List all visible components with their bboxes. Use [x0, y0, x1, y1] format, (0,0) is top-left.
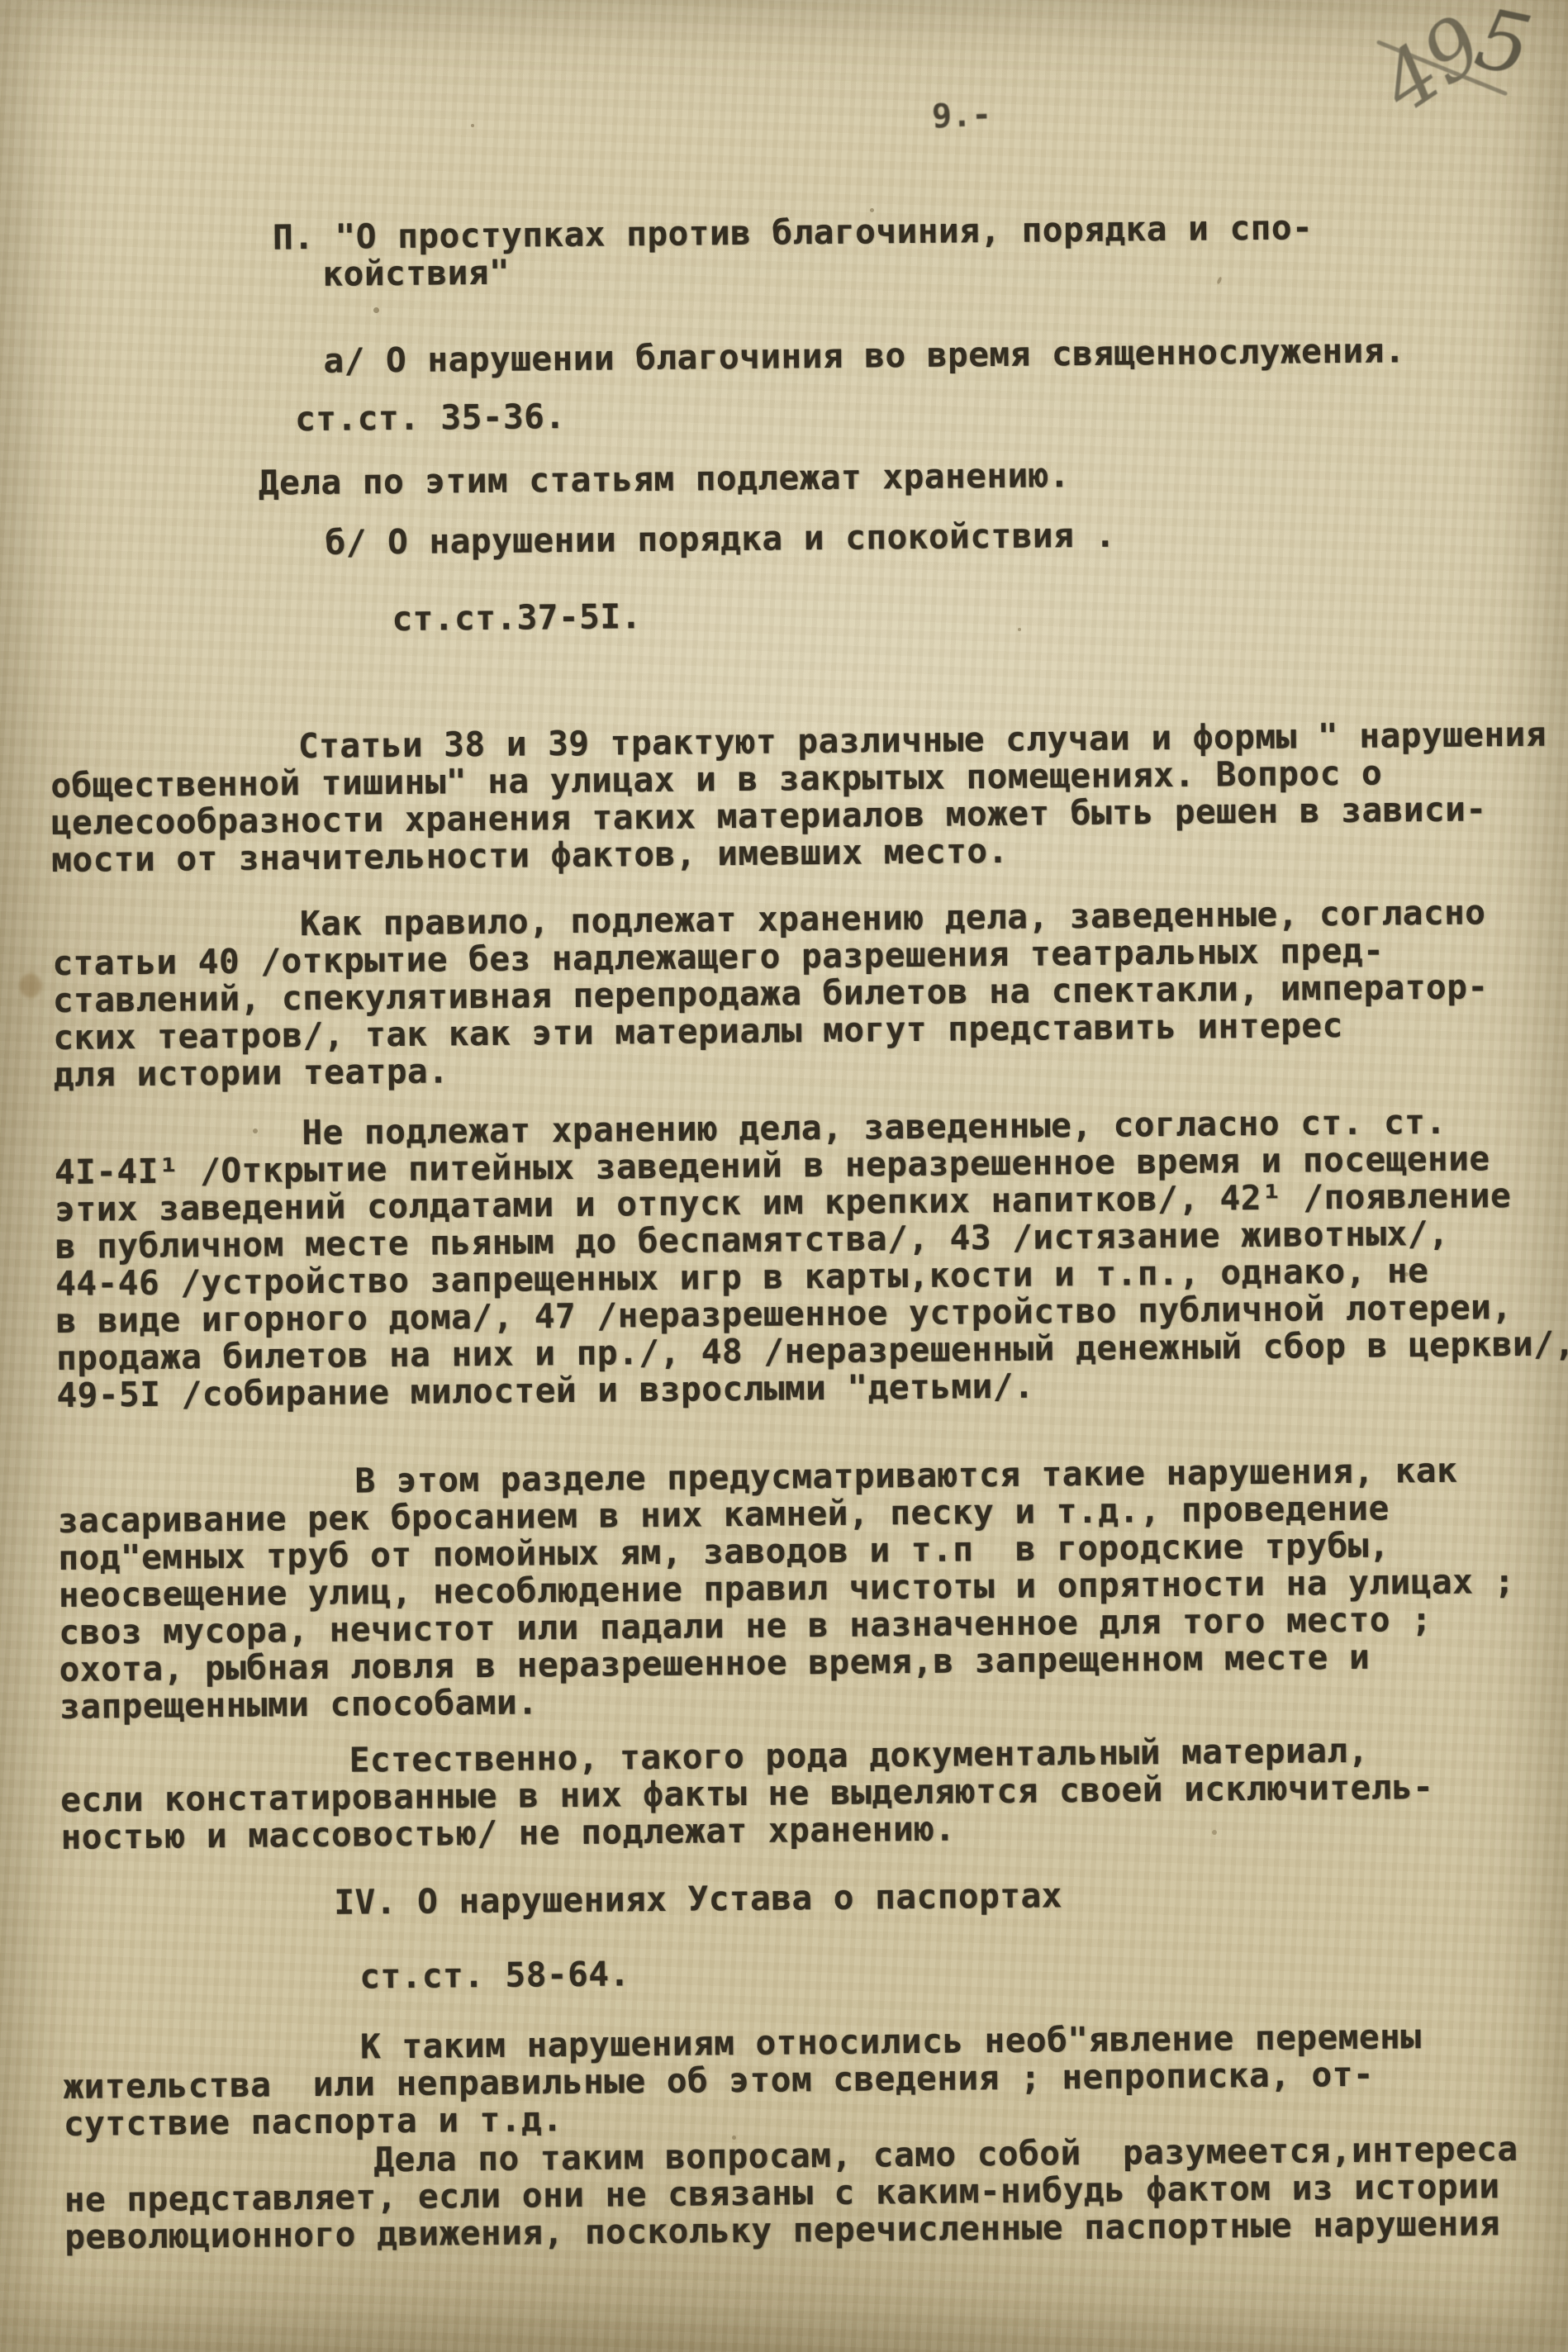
- paragraph-conclusion: Естественно, такого рода документальный …: [60, 1730, 1568, 1856]
- articles-ref-58-64: ст.ст. 58-64.: [359, 1946, 1568, 1995]
- subsection-b-title: б/ О нарушении порядка и спокойствия .: [325, 512, 1568, 561]
- storage-note: Дела по этим статьям подлежат хранению.: [259, 452, 1568, 501]
- articles-line: ст.ст.37-5I.: [392, 589, 1568, 638]
- subsection-a-title: а/ О нарушении благочиния во время свяще…: [323, 330, 1568, 379]
- paragraph-section-overview: В этом разделе предусматриваются такие н…: [57, 1451, 1568, 1726]
- articles-ref-37-51: ст.ст.37-5I.: [392, 589, 1568, 638]
- paragraph-articles-41-51: Не подлежат хранению дела, заведенные, с…: [54, 1102, 1568, 1414]
- articles-line: ст.ст. 58-64.: [359, 1946, 1568, 1995]
- note-line: Дела по этим статьям подлежат хранению.: [259, 452, 1568, 501]
- subsection-line: б/ О нарушении порядка и спокойствия .: [325, 512, 1568, 561]
- heading-line: IV. О нарушениях Устава о паспортах: [334, 1872, 1568, 1922]
- typewritten-text: П. "О проступках против благочиния, поря…: [0, 0, 1568, 2256]
- paragraph-articles-38-39: Статьи 38 и 39 трактуют различные случаи…: [50, 715, 1568, 879]
- paragraph-article-40: Как правило, подлежат хранению дела, зав…: [52, 893, 1568, 1094]
- paragraph-passport-note: Дела по таким вопросам, само собой разум…: [64, 2130, 1568, 2256]
- scanned-document-page: 5 49 9.- П. "О проступках против благочи…: [0, 0, 1568, 2352]
- paragraph-passport-violations: К таким нарушениям относились необ"явлен…: [63, 2017, 1568, 2143]
- section-4-heading: IV. О нарушениях Устава о паспортах: [334, 1872, 1568, 1922]
- section-2-heading: П. "О проступках против благочиния, поря…: [273, 207, 1568, 293]
- subsection-line: а/ О нарушении благочиния во время свяще…: [323, 330, 1568, 379]
- articles-ref-35-36: ст.ст. 35-36.: [295, 388, 1568, 438]
- articles-line: ст.ст. 35-36.: [295, 388, 1568, 438]
